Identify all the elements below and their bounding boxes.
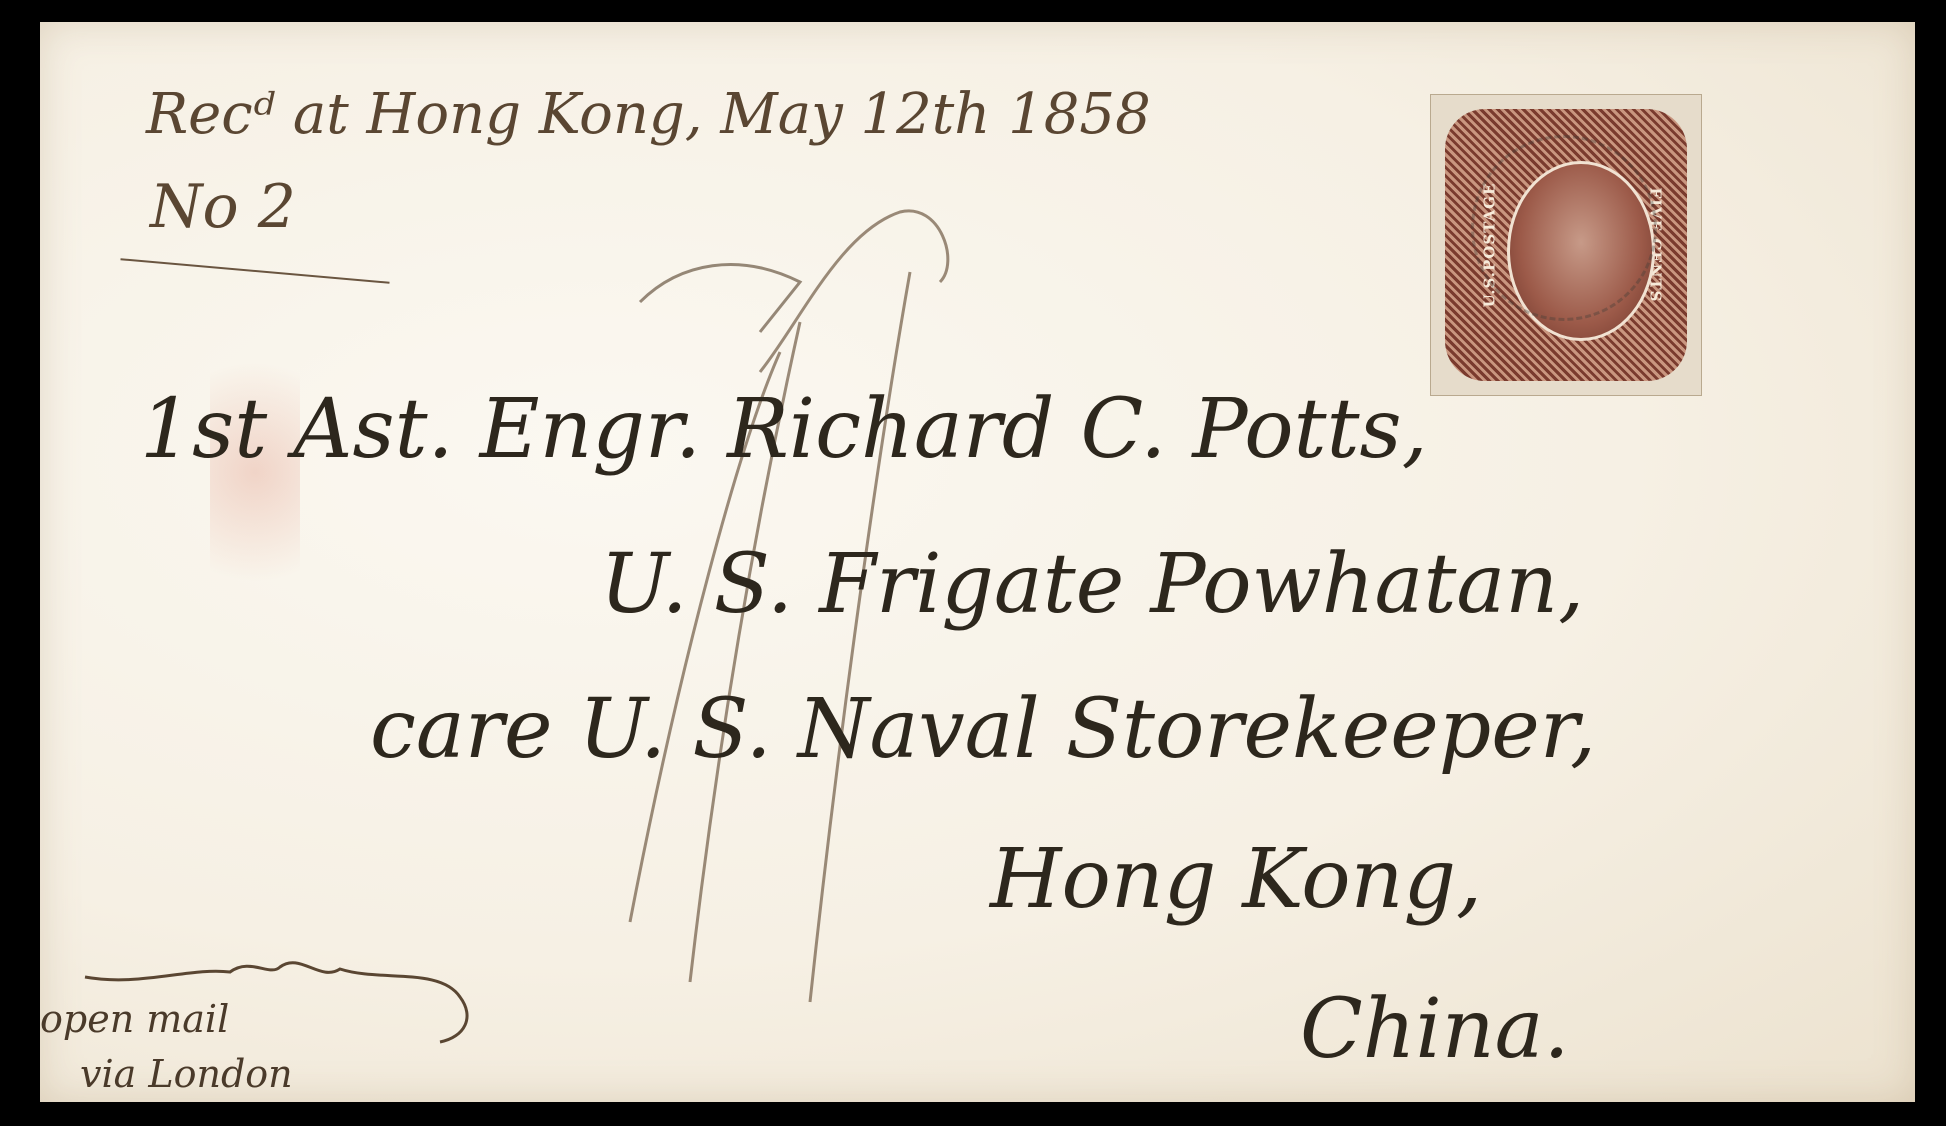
address-line-4: Hong Kong, [990,832,1482,927]
address-line-5: China. [1300,982,1570,1077]
routing-note-line-1: open mail [40,997,229,1041]
routing-note-line-2: via London [80,1052,293,1096]
address-line-1: 1st Ast. Engr. Richard C. Potts, [140,382,1428,477]
postage-stamp: U.S.POSTAGE FIVE CENTS [1430,94,1702,396]
address-line-2: U. S. Frigate Powhatan, [600,537,1584,632]
address-line-3: care U. S. Naval Storekeeper, [370,682,1596,777]
cancellation-mark [1471,135,1657,321]
postal-cover: Recᵈ at Hong Kong, May 12th 1858 No 2 U.… [40,22,1915,1102]
